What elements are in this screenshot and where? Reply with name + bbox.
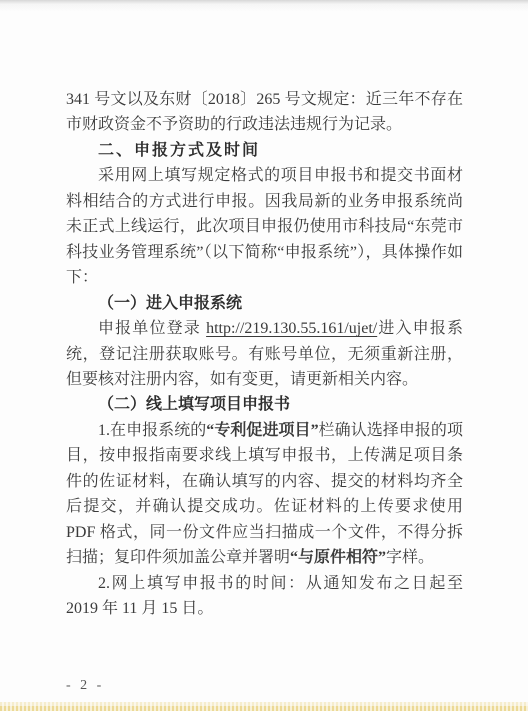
- paragraph: 申报单位登录 http://219.130.55.161/ujet/进入申报系统…: [66, 316, 463, 392]
- text-run: “专利促进项目”: [206, 422, 318, 439]
- text-run: （一）进入申报系统: [98, 295, 242, 312]
- text-run: 字样。: [386, 549, 434, 566]
- text-run: 采用网上填写规定格式的项目申报书和提交书面材料相结合的方式进行申报。因我局新的业…: [66, 167, 463, 286]
- text-run: 栏确认选择申报的项目，按申报指南要求线上填写申报书，上传满足项目条件的佐证材料，…: [66, 422, 463, 566]
- text-run: “与原件相符”: [290, 549, 386, 566]
- text-run: （二）线上填写项目申报书: [98, 396, 290, 413]
- paragraph: 341 号文以及东财〔2018〕265 号文规定：近三年不存在市财政资金不予资助…: [66, 87, 463, 138]
- url-text: http://219.130.55.161/ujet/: [206, 320, 377, 337]
- paragraph: 采用网上填写规定格式的项目申报书和提交书面材料相结合的方式进行申报。因我局新的业…: [66, 163, 463, 290]
- section-heading: （一）进入申报系统: [66, 291, 463, 316]
- text-run: 申报单位登录: [98, 320, 206, 337]
- text-run: 1.在申报系统的: [98, 422, 206, 439]
- paragraph: 2.网上填写申报书的时间：从通知发布之日起至 2019 年 11 月 15 日。: [66, 571, 463, 622]
- page-number: - 2 -: [66, 678, 104, 694]
- paragraph: 1.在申报系统的“专利促进项目”栏确认选择申报的项目，按申报指南要求线上填写申报…: [66, 418, 463, 571]
- text-run: 二、申报方式及时间: [98, 142, 260, 159]
- section-heading: 二、申报方式及时间: [66, 138, 463, 163]
- scan-top-edge: [0, 0, 528, 12]
- document-page: 341 号文以及东财〔2018〕265 号文规定：近三年不存在市财政资金不予资助…: [0, 0, 528, 711]
- page-bottom-decoration: [0, 702, 528, 711]
- text-run: 2.网上填写申报书的时间：从通知发布之日起至 2019 年 11 月 15 日。: [66, 575, 463, 617]
- document-body: 341 号文以及东财〔2018〕265 号文规定：近三年不存在市财政资金不予资助…: [66, 87, 463, 622]
- section-heading: （二）线上填写项目申报书: [66, 392, 463, 417]
- text-run: 341 号文以及东财〔2018〕265 号文规定：近三年不存在市财政资金不予资助…: [66, 91, 463, 133]
